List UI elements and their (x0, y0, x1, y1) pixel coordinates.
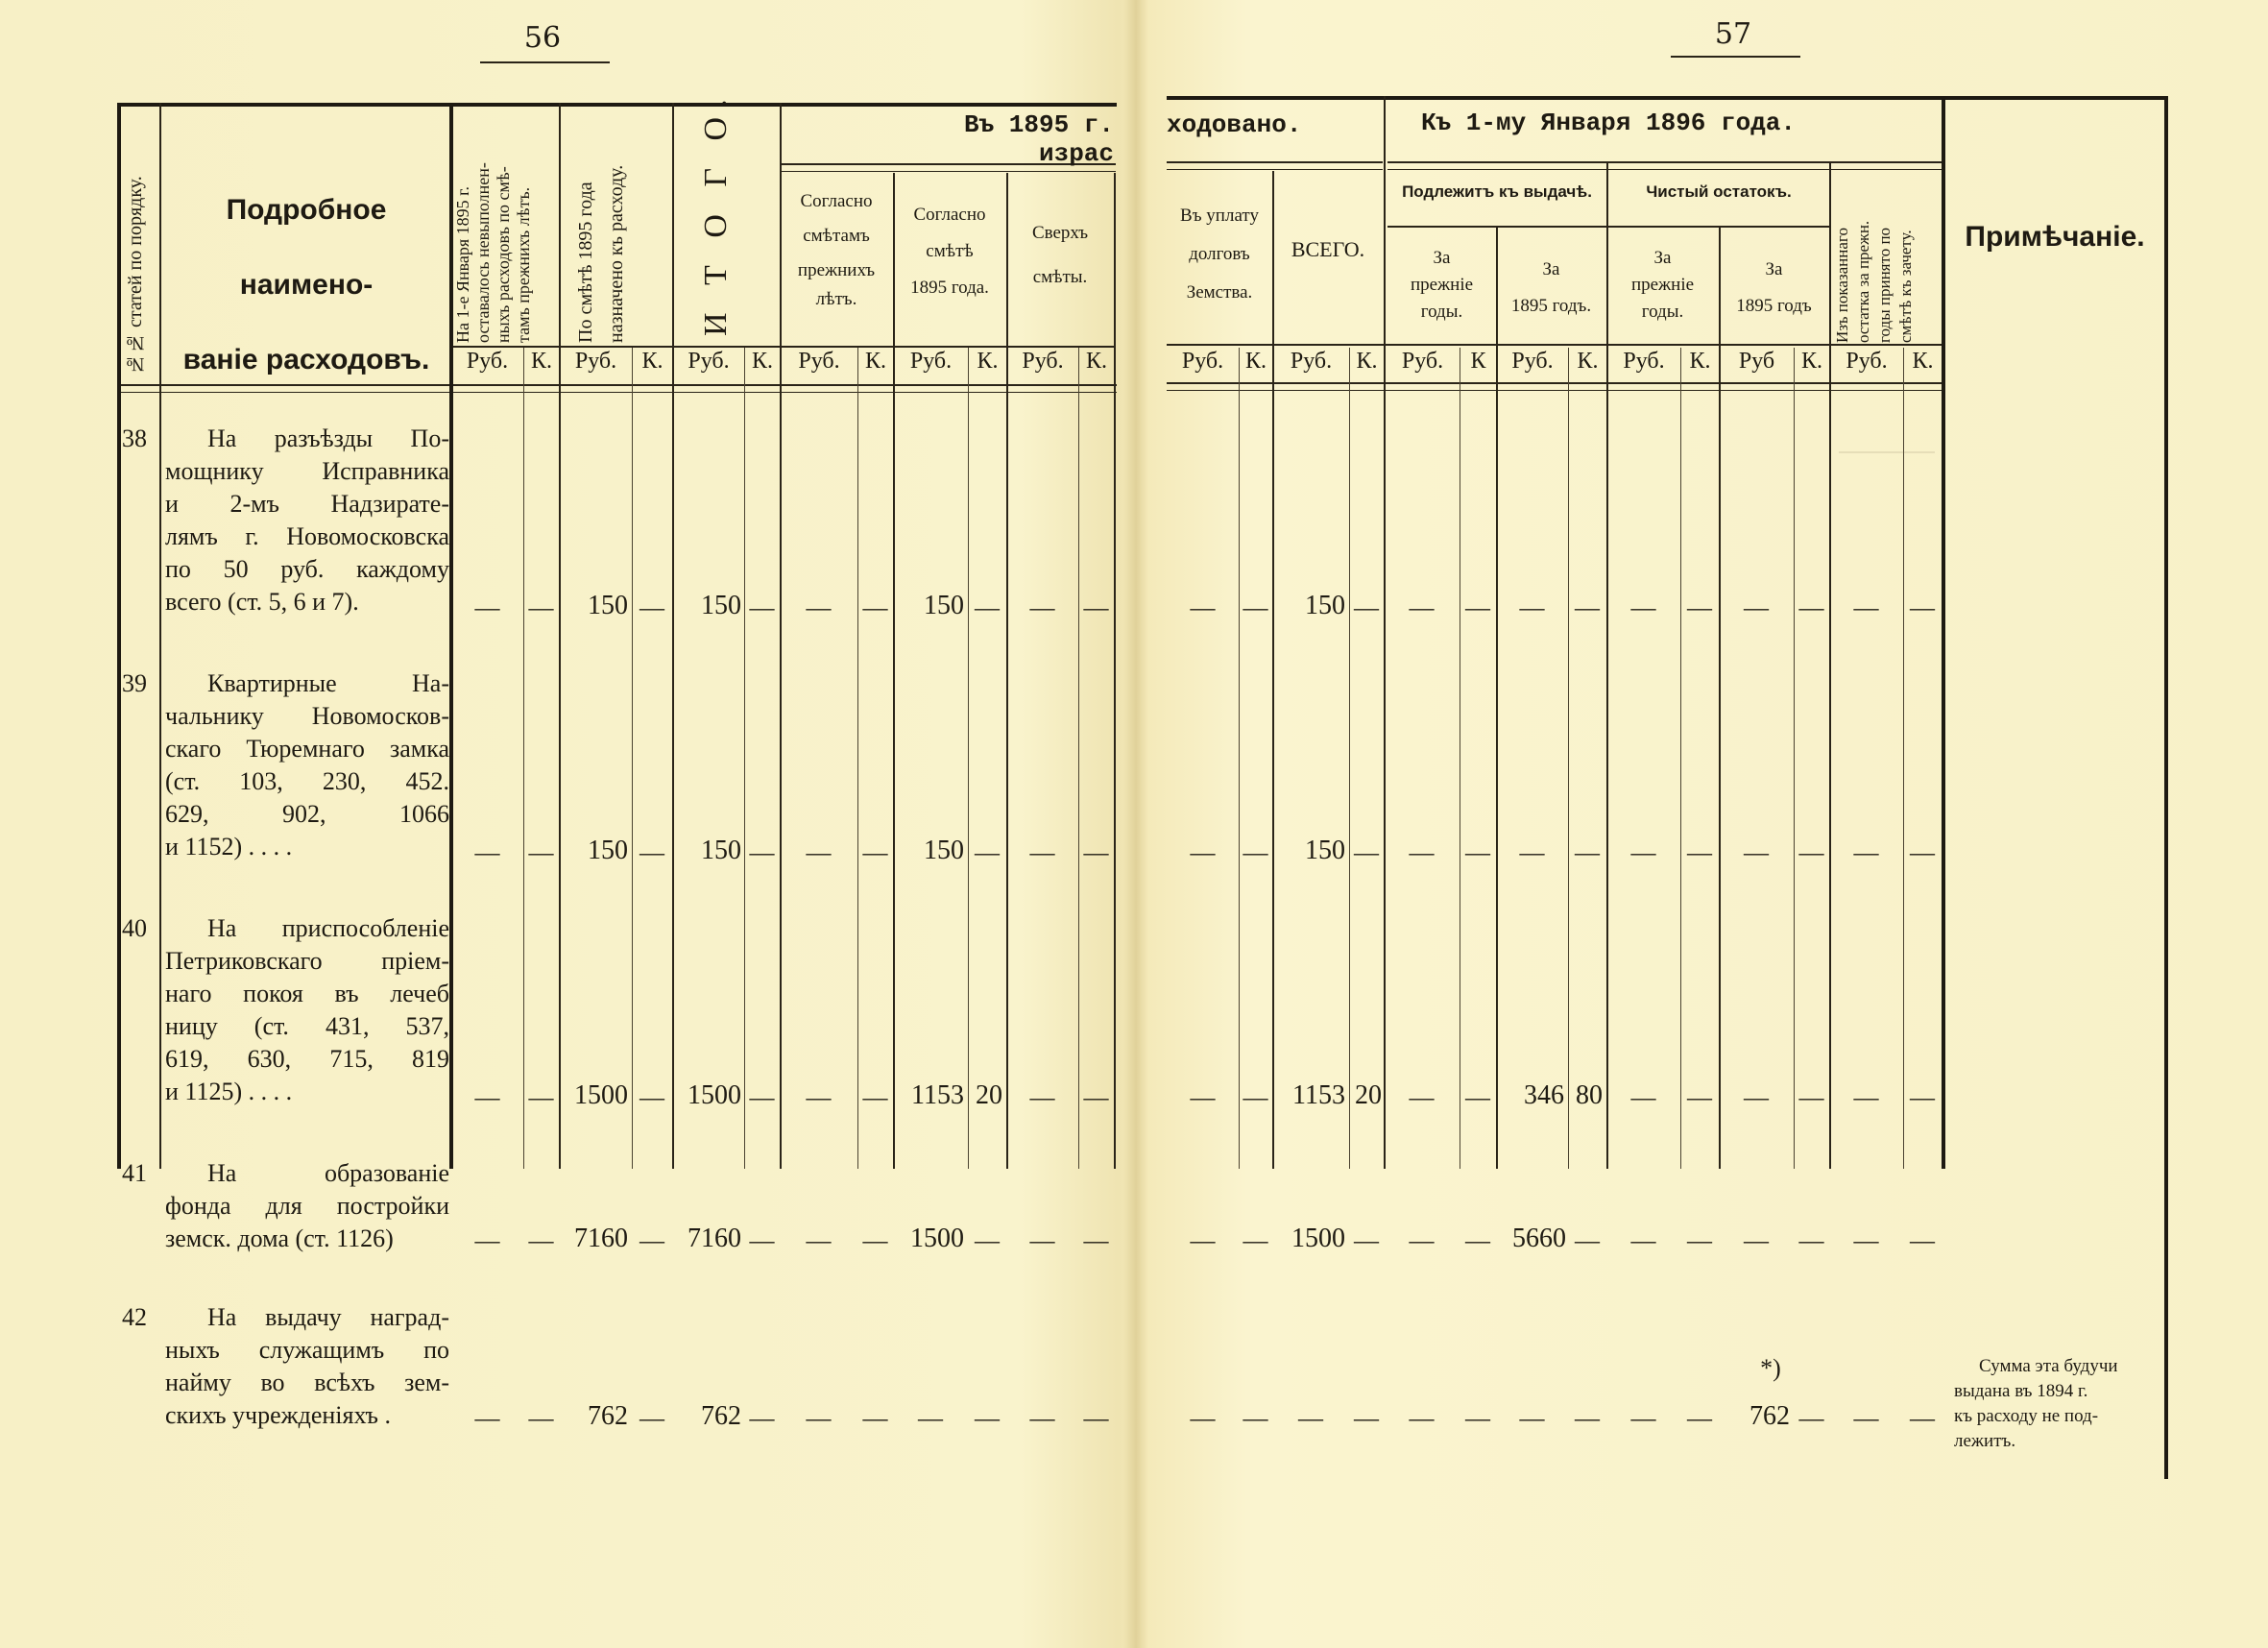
cell-net-1895: 762 (1719, 1401, 1790, 1432)
cell-accepted: — (1829, 1083, 1903, 1112)
sub-payable-1895-line2: 1895 годъ. (1496, 288, 1606, 325)
cell-dash: — (1239, 594, 1272, 622)
desc-line: по 50 руб. каждому (165, 553, 449, 586)
cell-net-1895: — (1719, 838, 1794, 867)
rule-kop-4 (857, 348, 858, 1169)
desc-line: На разъѣзды По- (165, 423, 449, 455)
desc-line: ныхъ служащимъ по (165, 1334, 449, 1367)
cell-spent-prev: — (780, 838, 857, 867)
header-sub-payable-1895: За 1895 годъ. (1496, 252, 1606, 325)
rule-kop-r5 (1680, 348, 1681, 1169)
row-42-note: Сумма эта будучи выдана въ 1894 г. къ ра… (1954, 1354, 2158, 1454)
desc-line: На выдачу наград- (165, 1301, 449, 1334)
cell-spent-over: — (1006, 1404, 1078, 1433)
table-right-border (2164, 96, 2168, 1479)
cell-dash: — (523, 594, 559, 622)
header-sub-debts: Въ уплату долговъ Земства. (1167, 197, 1272, 312)
rule-col-6 (1006, 173, 1008, 1169)
cell-payable-1895: 5660 (1496, 1224, 1566, 1254)
cell-spent-over: — (1006, 594, 1078, 622)
cell-dash: — (1239, 1226, 1272, 1255)
unit-rub: Руб. (1830, 349, 1903, 375)
unit-rub: Руб. (1386, 349, 1460, 375)
cell-dash: — (1078, 594, 1114, 622)
desc-line: и 1152) . . . . (165, 831, 449, 863)
note-line: Сумма эта будучи (1954, 1354, 2158, 1379)
unit-kop: К. (858, 349, 893, 375)
rule-kop-3 (744, 348, 745, 1169)
rule-no-desc (159, 103, 161, 1169)
cell-dash: — (1349, 1404, 1384, 1433)
row-description: На выдачу наград- ныхъ служащимъ по найм… (165, 1301, 449, 1432)
cell-spent-1895: — (893, 1404, 968, 1433)
sub-prev-estimates-line4: лѣтъ. (780, 285, 893, 314)
row-description: На приспособленіе Петриковскаго пріем- н… (165, 912, 449, 1108)
rule-col-3 (672, 103, 674, 1169)
cell-dash: — (1903, 1404, 1942, 1433)
cell-total: 150 (672, 836, 741, 866)
cell-spent-prev: — (780, 1226, 857, 1255)
cell-accepted: — (1829, 1226, 1903, 1255)
header-bottom-rule-right (1167, 382, 1944, 391)
cell-dash: — (1794, 838, 1829, 867)
cell-spent-prev: — (780, 1083, 857, 1112)
cell-dash: — (1680, 1226, 1719, 1255)
sub-net-prev-line3: годы. (1606, 299, 1719, 326)
row-number: 38 (122, 424, 160, 453)
cell-dash: — (1239, 838, 1272, 867)
unit-rub: Руб (1720, 349, 1794, 375)
footnote-marker: *) (1748, 1354, 1794, 1383)
cell-net-prev: — (1606, 838, 1680, 867)
cell-payable-1895: — (1496, 1404, 1568, 1433)
cell-all: 150 (1272, 591, 1345, 621)
rule-col-5 (893, 173, 895, 1169)
cell-spent-1895-kop: 20 (968, 1080, 1002, 1111)
cell-dash: — (632, 1404, 672, 1433)
cell-dash: — (1460, 1404, 1496, 1433)
sub-debts-line3: Земства. (1167, 274, 1272, 312)
cell-payable-1895-kop: 80 (1568, 1080, 1603, 1111)
cell-dash: — (1903, 594, 1942, 622)
cell-dash: — (632, 1083, 672, 1112)
unit-rub: Руб. (781, 349, 857, 375)
sub-net-1895-line1: За (1719, 252, 1829, 288)
unit-kop: К. (524, 349, 559, 375)
desc-line: (ст. 103, 230, 452. (165, 765, 449, 798)
cell-total: 150 (672, 591, 741, 621)
cell-dash: — (1239, 1083, 1272, 1112)
row-number: 39 (122, 669, 160, 698)
desc-line: На образованіе (165, 1157, 449, 1190)
cell-dash: — (1460, 594, 1496, 622)
desc-line: скихъ учрежденіяхъ . (165, 1399, 449, 1432)
sub-payable-1895-line1: За (1496, 252, 1606, 288)
sub-1895-estimate-line2: смѣтѣ (893, 233, 1006, 270)
cell-budget-1895: 1500 (559, 1080, 628, 1111)
sub-1895-estimate-line3: 1895 года. (893, 270, 1006, 306)
header-sub-over-estimate: Сверхъ смѣты. (1006, 211, 1114, 300)
sub-net-1895-line2: 1895 годъ (1719, 288, 1829, 325)
cell-accepted: — (1829, 1404, 1903, 1433)
rule-kop-r3 (1460, 348, 1460, 1169)
header-sub-net-1895: За 1895 годъ (1719, 252, 1829, 325)
cell-budget-1895: 150 (559, 591, 628, 621)
cell-remaining-1895: — (451, 1083, 523, 1112)
cell-dash: — (1078, 1404, 1114, 1433)
cell-dash: — (857, 838, 893, 867)
cell-budget-1895: 150 (559, 836, 628, 866)
cell-dash: — (968, 1226, 1006, 1255)
cell-dash: — (632, 1226, 672, 1255)
cell-dash: — (1794, 594, 1829, 622)
cell-net-1895: — (1719, 1226, 1794, 1255)
header-col-budget-1895: По смѣтѣ 1895 года назначено къ расходу. (570, 108, 632, 343)
units-row-rule-right (1167, 344, 1942, 346)
desc-line: земск. дома (ст. 1126) (165, 1223, 449, 1255)
cell-dash: — (523, 1083, 559, 1112)
cell-dash: — (1680, 594, 1719, 622)
desc-line: найму во всѣхъ зем- (165, 1367, 449, 1399)
cell-dash: — (1794, 1404, 1829, 1433)
desc-line: фонда для постройки (165, 1190, 449, 1223)
cell-remaining-1895: — (451, 1404, 523, 1433)
unit-rub: Руб. (1607, 349, 1680, 375)
row-number: 40 (122, 914, 160, 943)
row-description: Квартирные На- чальнику Новомосков- скаг… (165, 667, 449, 863)
unit-rub: Руб. (1167, 349, 1239, 375)
unit-kop: К. (745, 349, 780, 375)
cell-all: — (1272, 1404, 1349, 1433)
header-col-accepted: Изъ показаннаго остатка за прежн. годы п… (1832, 165, 1917, 343)
cell-dash: — (857, 1083, 893, 1112)
unit-rub: Руб. (1007, 349, 1078, 375)
cell-dash: — (968, 594, 1006, 622)
desc-line: Петриковскаго пріем- (165, 945, 449, 978)
cell-dash: — (1568, 1404, 1606, 1433)
cell-dash: — (857, 1226, 893, 1255)
cell-payable-1895: — (1496, 838, 1568, 867)
cell-dash: — (1568, 838, 1606, 867)
sub-net-prev-line2: прежніе (1606, 272, 1719, 299)
header-group-spent-right: ходовано. (1167, 110, 1378, 139)
cell-dash: — (1349, 1226, 1384, 1255)
sub-prev-estimates-line2: смѣтамъ (780, 222, 893, 251)
cell-dash: — (1794, 1083, 1829, 1112)
cell-accepted: — (1829, 594, 1903, 622)
cell-total: 762 (672, 1401, 741, 1432)
cell-net-prev: — (1606, 1404, 1680, 1433)
header-col-desc: Подробное наимено- ваніе расходовъ. (163, 173, 449, 398)
desc-line: 619, 630, 715, 819 (165, 1043, 449, 1076)
cell-dash: — (968, 838, 1006, 867)
cell-dash: — (632, 838, 672, 867)
cell-net-1895: — (1719, 1083, 1794, 1112)
cell-dash: — (1568, 1226, 1606, 1255)
cell-dash: — (1349, 594, 1384, 622)
unit-kop: К. (1240, 349, 1272, 375)
desc-line: всего (ст. 5, 6 и 7). (165, 586, 449, 618)
cell-net-1895: — (1719, 594, 1794, 622)
header-sub-all: ВСЕГО. (1272, 235, 1384, 264)
cell-payable-prev: — (1384, 1083, 1460, 1112)
cell-net-prev: — (1606, 1226, 1680, 1255)
rule-col-2 (559, 103, 561, 1169)
header-col-desc-line2: ваніе расходовъ. (163, 323, 449, 398)
cell-spent-over: — (1006, 838, 1078, 867)
cell-payable-prev: — (1384, 1226, 1460, 1255)
payable-sub-rule (1387, 226, 1608, 228)
header-col-no: №№ статей по порядку. (125, 115, 146, 375)
cell-total: 7160 (672, 1224, 741, 1254)
cell-all-kop: 20 (1349, 1080, 1382, 1111)
cell-payable-prev: — (1384, 594, 1460, 622)
cell-budget-1895: 7160 (559, 1224, 628, 1254)
cell-payable-1895: — (1496, 594, 1568, 622)
unit-rub: Руб. (673, 349, 744, 375)
cell-dash: — (1078, 1083, 1114, 1112)
net-sub-rule (1606, 226, 1829, 228)
unit-kop: К. (633, 349, 672, 375)
sub-over-estimate-line1: Сверхъ (1006, 211, 1114, 255)
book-gutter (1123, 0, 1148, 1648)
cell-dash: — (1680, 838, 1719, 867)
cell-all: 1500 (1272, 1224, 1345, 1254)
cell-dash: — (1349, 838, 1384, 867)
rule-left-page-end (1114, 173, 1116, 1169)
unit-rub: Руб. (451, 349, 523, 375)
cell-spent-prev: — (780, 594, 857, 622)
sub-payable-prev-line1: За (1387, 245, 1496, 272)
desc-line: и 2-мъ Надзирате- (165, 488, 449, 521)
cell-net-prev: — (1606, 594, 1680, 622)
unit-kop: К. (969, 349, 1006, 375)
table-top-rule-right (1167, 96, 2165, 100)
cell-debts: — (1167, 1083, 1239, 1112)
cell-remaining-1895: — (451, 1226, 523, 1255)
cell-payable-1895: 346 (1496, 1080, 1564, 1111)
row-description: На образованіе фонда для постройки земск… (165, 1157, 449, 1255)
bleed-through-mark (1839, 451, 1935, 453)
header-group-payable: Подлежитъ къ выдачѣ. (1387, 182, 1606, 202)
cell-spent-over: — (1006, 1083, 1078, 1112)
cell-debts: — (1167, 594, 1239, 622)
cell-dash: — (632, 594, 672, 622)
cell-spent-1895: 1500 (893, 1224, 964, 1254)
cell-spent-over: — (1006, 1226, 1078, 1255)
desc-line: Квартирные На- (165, 667, 449, 700)
header-sub-1895-estimate: Согласно смѣтѣ 1895 года. (893, 197, 1006, 306)
cell-all: 150 (1272, 836, 1345, 866)
cell-remaining-1895: — (451, 838, 523, 867)
sub-payable-prev-line3: годы. (1387, 299, 1496, 326)
rule-kop-1 (523, 348, 524, 1169)
cell-dash: — (1460, 1226, 1496, 1255)
unit-rub: Руб. (560, 349, 632, 375)
desc-line: На приспособленіе (165, 912, 449, 945)
sub-prev-estimates-line3: прежнихъ (780, 256, 893, 285)
rule-kop-r2 (1349, 348, 1350, 1169)
rule-col-r3 (1384, 96, 1386, 1169)
sub-net-prev-line1: За (1606, 245, 1719, 272)
cell-dash: — (1794, 1226, 1829, 1255)
desc-line: скаго Тюремнаго замка (165, 733, 449, 765)
rule-note-left (1942, 96, 1945, 1169)
cell-spent-1895: 150 (893, 836, 964, 866)
cell-dash: — (1903, 838, 1942, 867)
cell-dash: — (1680, 1083, 1719, 1112)
cell-all: 1153 (1272, 1080, 1345, 1111)
table-top-rule-left (118, 103, 1117, 107)
header-group-net-balance: Чистый остатокъ. (1608, 182, 1829, 202)
row-description: На разъѣзды По- мощнику Исправника и 2-м… (165, 423, 449, 618)
cell-payable-prev: — (1384, 1404, 1460, 1433)
cell-accepted: — (1829, 838, 1903, 867)
desc-line: лямъ г. Новомосковска (165, 521, 449, 553)
cell-dash: — (744, 1404, 780, 1433)
unit-kop: К. (1681, 349, 1719, 375)
cell-dash: — (1460, 1083, 1496, 1112)
table-left-border (117, 103, 121, 1169)
sub-payable-prev-line2: прежніе (1387, 272, 1496, 299)
cell-dash: — (1078, 838, 1114, 867)
cell-dash: — (857, 594, 893, 622)
header-sub-net-prev: За прежніе годы. (1606, 245, 1719, 326)
desc-line: мощнику Исправника (165, 455, 449, 488)
header-sub-prev-estimates: Согласно смѣтамъ прежнихъ лѣтъ. (780, 187, 893, 314)
rule-kop-r7 (1903, 348, 1904, 1169)
unit-kop: К. (1350, 349, 1384, 375)
cell-dash: — (523, 1226, 559, 1255)
unit-kop: К. (1569, 349, 1606, 375)
rule-kop-2 (632, 348, 633, 1169)
cell-dash: — (523, 838, 559, 867)
rule-kop-r6 (1794, 348, 1795, 1169)
sub-debts-line1: Въ уплату (1167, 197, 1272, 235)
note-line: къ расходу не под- (1954, 1404, 2158, 1429)
header-group-jan1896: Къ 1-му Января 1896 года. (1387, 109, 1829, 137)
cell-dash: — (1903, 1226, 1942, 1255)
sub-1895-estimate-line1: Согласно (893, 197, 1006, 233)
cell-dash: — (1239, 1404, 1272, 1433)
desc-line: чальнику Новомосков- (165, 700, 449, 733)
header-group-spent-left: Въ 1895 г. израс (903, 110, 1114, 168)
desc-line: ницу (ст. 431, 537, (165, 1010, 449, 1043)
desc-line: и 1125) . . . . (165, 1076, 449, 1108)
page-number-underline-left (480, 61, 610, 63)
rule-kop-r4 (1568, 348, 1569, 1169)
cell-debts: — (1167, 1226, 1239, 1255)
note-line: лежитъ. (1954, 1429, 2158, 1454)
cell-spent-prev: — (780, 1404, 857, 1433)
cell-debts: — (1167, 1404, 1239, 1433)
spent-group-rule-right (1167, 161, 1383, 170)
header-col-desc-line1: Подробное наимено- (163, 173, 449, 323)
desc-line: 629, 902, 1066 (165, 798, 449, 831)
note-line: выдана въ 1894 г. (1954, 1379, 2158, 1404)
rule-kop-r1 (1239, 348, 1240, 1169)
header-col-note: Примѣчаніе. (1945, 221, 2164, 254)
header-col-remaining-1895: На 1-е Января 1895 г. оставалось невыпол… (453, 108, 534, 343)
unit-kop: К (1460, 349, 1496, 375)
rule-kop-6 (1078, 348, 1079, 1169)
units-row-rule-left (451, 346, 1114, 348)
row-number: 42 (122, 1303, 160, 1332)
cell-dash: — (968, 1404, 1006, 1433)
header-col-total: И Т О Г О. (706, 134, 727, 336)
page-number-left: 56 (485, 21, 600, 55)
cell-payable-prev: — (1384, 838, 1460, 867)
page-number-right: 57 (1676, 17, 1791, 51)
rule-col-r2 (1272, 171, 1274, 1169)
cell-dash: — (1078, 1226, 1114, 1255)
cell-dash: — (744, 838, 780, 867)
unit-rub: Руб. (1273, 349, 1349, 375)
cell-dash: — (1680, 1404, 1719, 1433)
page-number-underline-right (1671, 56, 1800, 58)
cell-net-prev: — (1606, 1083, 1680, 1112)
desc-line: наго покоя въ лечеб (165, 978, 449, 1010)
cell-spent-1895: 150 (893, 591, 964, 621)
cell-dash: — (744, 594, 780, 622)
cell-total: 1500 (672, 1080, 741, 1111)
cell-dash: — (857, 1404, 893, 1433)
cell-dash: — (744, 1226, 780, 1255)
unit-rub: Руб. (1497, 349, 1568, 375)
cell-budget-1895: 762 (559, 1401, 628, 1432)
cell-dash: — (1903, 1083, 1942, 1112)
sub-over-estimate-line2: смѣты. (1006, 255, 1114, 300)
cell-remaining-1895: — (451, 594, 523, 622)
cell-dash: — (1460, 838, 1496, 867)
cell-spent-1895: 1153 (893, 1080, 964, 1111)
cell-debts: — (1167, 838, 1239, 867)
cell-dash: — (1568, 594, 1606, 622)
unit-rub: Руб. (894, 349, 968, 375)
unit-kop: К. (1795, 349, 1829, 375)
cell-dash: — (744, 1083, 780, 1112)
header-sub-payable-prev: За прежніе годы. (1387, 245, 1496, 326)
unit-kop: К. (1904, 349, 1942, 375)
rule-col-r7 (1829, 163, 1831, 1169)
unit-kop: К. (1079, 349, 1114, 375)
sub-debts-line2: долговъ (1167, 235, 1272, 274)
cell-dash: — (523, 1404, 559, 1433)
row-number: 41 (122, 1159, 160, 1188)
sub-prev-estimates-line1: Согласно (780, 187, 893, 216)
rule-kop-5 (968, 348, 969, 1169)
